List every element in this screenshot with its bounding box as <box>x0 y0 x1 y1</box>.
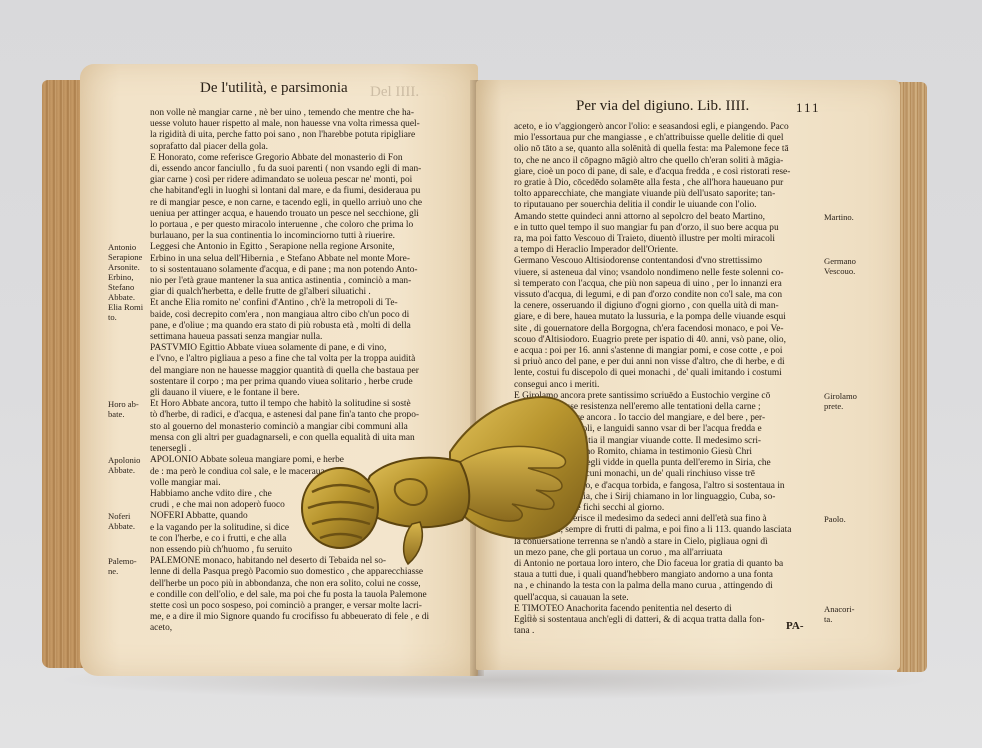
text-line: lo portaua , e per questo miracolo inter… <box>150 220 470 231</box>
text-line: mio l'essortaua pur che mangiasse , e ch… <box>514 133 824 144</box>
text-line: e in tutto quel tempo il suo mangiar fu … <box>514 223 824 234</box>
text-line: quell'acqua, si cauauan la sete. <box>514 593 824 604</box>
text-line: nio per l'età graue mantener la sua anti… <box>150 276 470 287</box>
text-line: di, essendo ancor fanciullo , fu da suoi… <box>150 164 470 175</box>
text-line: to, che ne anco il cōpagno māgiò altro c… <box>514 156 824 167</box>
text-line: ra, ma poi fatto Vescouo di Traieto, diu… <box>514 234 824 245</box>
text-line: settimana haueua passati senza mangiar n… <box>150 332 470 343</box>
text-line: non volle nè mangiar carne , nè ber uino… <box>150 108 470 119</box>
catchword: PA- <box>786 620 804 632</box>
text-line: giar carne ) così per ridere adimandato … <box>150 175 470 186</box>
right-page-header: Per via del digiuno. Lib. IIII. <box>576 98 749 115</box>
text-line: me, e a dire il mio Signore quando fu cr… <box>150 612 470 623</box>
text-line: burlauano, per la sua continentia lo inc… <box>150 231 470 242</box>
text-line: olio nō tāto a se, quanto alla solēnità … <box>514 144 824 155</box>
text-line: Germano Vescouo Altisiodorense contentan… <box>514 256 824 267</box>
text-line: baide, così decrepito com'era , non mang… <box>150 310 470 321</box>
margin-note: Martino. <box>824 212 854 222</box>
text-line: dell'herbe un poco più in abbondanza, ch… <box>150 579 470 590</box>
text-line: Et anche Elia romito ne' confini d'Antin… <box>150 298 470 309</box>
text-line: lente, costui fu discepolo di quei monac… <box>514 368 824 379</box>
text-line: scouo d'Altisiodoro. Euagrio prete per i… <box>514 335 824 346</box>
text-line: re di mangiar pesce, e non carne, e tace… <box>150 198 470 209</box>
brass-hand-clip-icon <box>300 392 592 572</box>
margin-note: Apolonio Abbate. <box>108 455 140 475</box>
text-line: E TIMOTEO Anachorita facendo penitentia … <box>514 604 824 615</box>
text-line: site , di gouernatore della Borgogna, ch… <box>514 324 824 335</box>
text-line: e acqua : poi per 16. anni s'astenne di … <box>514 346 824 357</box>
text-line: giar di qualch'herbetta, e delle frutte … <box>150 287 470 298</box>
left-page: Del IIII. De l'utilità, e parsimonia non… <box>80 64 478 676</box>
text-line: tolto apparecchiate, che mangiate viuand… <box>514 189 824 200</box>
text-line: vissuto d'acqua, di legumi, e di pan d'o… <box>514 290 824 301</box>
text-line: aceto, e io v'aggiongerò ancor l'olio: e… <box>514 122 824 133</box>
text-line: giare, cioè un poco di pane, di sale, e … <box>514 167 824 178</box>
text-line: che habitand'egli in luoghi sì lontani d… <box>150 186 470 197</box>
text-line: pane, e d'oliue ; ma quando era stato di… <box>150 321 470 332</box>
show-through-text: Del IIII. <box>370 84 419 101</box>
margin-note: Noferi Abbate. <box>108 511 135 531</box>
right-page: Per via del digiuno. Lib. IIII. 111 acet… <box>476 80 900 670</box>
margin-note: Horo ab- bate. <box>108 399 139 419</box>
text-line: Erbino in una selua dell'Hibernia , e St… <box>150 254 470 265</box>
text-line: stette così un poco sospeso, poi cominci… <box>150 601 470 612</box>
margin-note: Antonio Serapione Arsonite. Erbino, Stef… <box>108 242 143 322</box>
text-line: aceto, <box>150 623 470 634</box>
text-line: sostentare il corpo ; ma per prima quand… <box>150 377 470 388</box>
margin-note: Girolamo prete. <box>824 391 857 411</box>
text-line: Amando stette quindeci anni attorno al s… <box>514 212 824 223</box>
left-page-header: De l'utilità, e parsimonia <box>200 80 348 97</box>
margin-note: Palemo- ne. <box>108 556 137 576</box>
text-line: uesse voluto hauer rispetto al male, non… <box>150 119 470 130</box>
margin-note: Paolo. <box>824 514 846 524</box>
text-line: PASTVMIO Egittio Abbate viuea solamente … <box>150 343 470 354</box>
text-line: na , e chinando la testa con la palma de… <box>514 581 824 592</box>
text-line: E Honorato, come referisce Gregorio Abba… <box>150 153 470 164</box>
text-line: ueniua per attinger acqua, e hauendo tro… <box>150 209 470 220</box>
margin-note: Anacori- ta. <box>824 604 855 624</box>
margin-note: Germano Vescouo. <box>824 256 856 276</box>
text-line: to si sostentauano solamente d'acqua, e … <box>150 265 470 276</box>
page-number: 111 <box>796 100 821 116</box>
text-line: ro gratie à Dio, cōcedēdo solamēte alla … <box>514 178 824 189</box>
text-line: viuere, si asteneua dal vino; vsandolo n… <box>514 268 824 279</box>
text-line: la rigidità di uita, perche fatto poi sa… <box>150 130 470 141</box>
text-line: e condille con dell'olio, e del sale, ma… <box>150 590 470 601</box>
text-line: giare, e di bere, hauea mutato la lussur… <box>514 312 824 323</box>
book-right-page-edges <box>897 82 927 672</box>
text-line: tana . <box>514 626 824 637</box>
signature-mark: -131 <box>520 613 537 623</box>
text-line: a tempo di Heraclio Imperador dell'Orien… <box>514 245 824 256</box>
text-line: e l'vno, e l'altro pigliaua a peso a fin… <box>150 354 470 365</box>
text-line: consegui anco i meriti. <box>514 380 824 391</box>
book-photo-scene: Del IIII. De l'utilità, e parsimonia non… <box>0 0 982 748</box>
text-line: sì temperato con l'acqua, che più non sa… <box>514 279 824 290</box>
text-line: si priuò anco del pane, e per dui anni n… <box>514 357 824 368</box>
text-line: to riputauano per souerchia delitia il c… <box>514 200 824 211</box>
text-line: Egitto si sostentaua anch'egli di datter… <box>514 615 824 626</box>
text-line: la cenere, osseruando il digiuno d'ogni … <box>514 301 824 312</box>
text-line: Leggesi che Antonio in Egitto , Serapion… <box>150 242 470 253</box>
text-line: soprafatto dal piacer della gola. <box>150 142 470 153</box>
text-line: del mangiare non ne hauesse maggior quan… <box>150 366 470 377</box>
